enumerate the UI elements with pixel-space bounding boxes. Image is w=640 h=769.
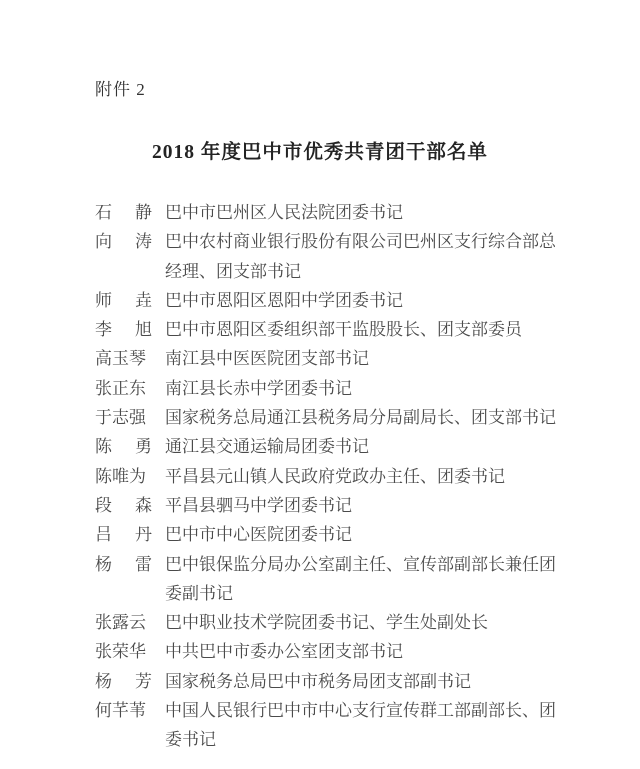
- roster-entry: 李旭巴中市恩阳区委组织部干监股股长、团支部委员: [95, 315, 555, 344]
- position-line: 国家税务总局通江县税务局分局副局长、团支部书记: [165, 403, 556, 432]
- entry-name: 吕丹: [95, 520, 152, 549]
- entry-position: 通江县交通运输局团委书记: [165, 432, 555, 461]
- position-line: 巴中农村商业银行股份有限公司巴州区支行综合部总: [165, 227, 556, 256]
- position-line: 巴中银保监分局办公室副主任、宣传部副部长兼任团: [165, 550, 556, 579]
- entry-name: 张正东: [95, 374, 152, 403]
- roster-entry: 张荣华中共巴中市委办公室团支部书记: [95, 637, 555, 666]
- entry-name: 段森: [95, 491, 152, 520]
- entry-position: 巴中市恩阳区恩阳中学团委书记: [165, 286, 555, 315]
- entry-name: 高玉琴: [95, 344, 152, 373]
- position-line: 通江县交通运输局团委书记: [165, 432, 555, 461]
- roster-entry: 师垚巴中市恩阳区恩阳中学团委书记: [95, 286, 555, 315]
- position-line: 中国人民银行巴中市中心支行宣传群工部副部长、团: [165, 696, 556, 725]
- entry-name: 何芊苇: [95, 696, 152, 725]
- roster-entry: 吕丹巴中市中心医院团委书记: [95, 520, 555, 549]
- roster-entry: 段森平昌县驷马中学团委书记: [95, 491, 555, 520]
- roster-entry: 杨雷巴中银保监分局办公室副主任、宣传部副部长兼任团委副书记: [95, 550, 555, 609]
- entry-position: 巴中职业技术学院团委书记、学生处副处长: [165, 608, 555, 637]
- roster-list: 石静巴中市巴州区人民法院团委书记向涛巴中农村商业银行股份有限公司巴州区支行综合部…: [95, 198, 555, 755]
- roster-entry: 石静巴中市巴州区人民法院团委书记: [95, 198, 555, 227]
- entry-position: 巴中市恩阳区委组织部干监股股长、团支部委员: [165, 315, 555, 344]
- entry-position: 国家税务总局通江县税务局分局副局长、团支部书记: [165, 403, 556, 432]
- entry-position: 巴中市中心医院团委书记: [165, 520, 555, 549]
- entry-position: 巴中银保监分局办公室副主任、宣传部副部长兼任团委副书记: [165, 550, 556, 609]
- position-line: 委书记: [165, 725, 556, 754]
- position-line: 巴中市中心医院团委书记: [165, 520, 555, 549]
- position-line: 南江县中医医院团支部书记: [165, 344, 555, 373]
- entry-position: 平昌县驷马中学团委书记: [165, 491, 555, 520]
- roster-entry: 张正东南江县长赤中学团委书记: [95, 374, 555, 403]
- position-line: 巴中市巴州区人民法院团委书记: [165, 198, 555, 227]
- position-line: 委副书记: [165, 579, 556, 608]
- entry-position: 中共巴中市委办公室团支部书记: [165, 637, 555, 666]
- entry-name: 师垚: [95, 286, 152, 315]
- roster-entry: 杨芳国家税务总局巴中市税务局团支部副书记: [95, 667, 555, 696]
- entry-position: 南江县长赤中学团委书记: [165, 374, 555, 403]
- entry-position: 巴中市巴州区人民法院团委书记: [165, 198, 555, 227]
- roster-entry: 陈唯为平昌县元山镇人民政府党政办主任、团委书记: [95, 462, 555, 491]
- entry-position: 平昌县元山镇人民政府党政办主任、团委书记: [165, 462, 555, 491]
- position-line: 巴中市恩阳区委组织部干监股股长、团支部委员: [165, 315, 555, 344]
- roster-entry: 张露云巴中职业技术学院团委书记、学生处副处长: [95, 608, 555, 637]
- entry-name: 张露云: [95, 608, 152, 637]
- roster-entry: 何芊苇中国人民银行巴中市中心支行宣传群工部副部长、团委书记: [95, 696, 555, 755]
- entry-name: 李旭: [95, 315, 152, 344]
- entry-name: 于志强: [95, 403, 152, 432]
- position-line: 南江县长赤中学团委书记: [165, 374, 555, 403]
- roster-entry: 于志强国家税务总局通江县税务局分局副局长、团支部书记: [95, 403, 555, 432]
- roster-entry: 高玉琴南江县中医医院团支部书记: [95, 344, 555, 373]
- position-line: 国家税务总局巴中市税务局团支部副书记: [165, 667, 555, 696]
- entry-name: 张荣华: [95, 637, 152, 666]
- entry-position: 国家税务总局巴中市税务局团支部副书记: [165, 667, 555, 696]
- entry-name: 杨雷: [95, 550, 152, 579]
- entry-position: 中国人民银行巴中市中心支行宣传群工部副部长、团委书记: [165, 696, 556, 755]
- position-line: 巴中市恩阳区恩阳中学团委书记: [165, 286, 555, 315]
- position-line: 中共巴中市委办公室团支部书记: [165, 637, 555, 666]
- entry-position: 南江县中医医院团支部书记: [165, 344, 555, 373]
- entry-name: 杨芳: [95, 667, 152, 696]
- position-line: 平昌县元山镇人民政府党政办主任、团委书记: [165, 462, 555, 491]
- entry-name: 石静: [95, 198, 152, 227]
- position-line: 平昌县驷马中学团委书记: [165, 491, 555, 520]
- attachment-label: 附件 2: [95, 80, 146, 100]
- entry-name: 陈勇: [95, 432, 152, 461]
- entry-name: 向涛: [95, 227, 152, 256]
- entry-name: 陈唯为: [95, 462, 152, 491]
- position-line: 经理、团支部书记: [165, 257, 556, 286]
- entry-position: 巴中农村商业银行股份有限公司巴州区支行综合部总经理、团支部书记: [165, 227, 556, 286]
- document-title: 2018 年度巴中市优秀共青团干部名单: [0, 140, 640, 166]
- position-line: 巴中职业技术学院团委书记、学生处副处长: [165, 608, 555, 637]
- roster-entry: 陈勇通江县交通运输局团委书记: [95, 432, 555, 461]
- roster-entry: 向涛巴中农村商业银行股份有限公司巴州区支行综合部总经理、团支部书记: [95, 227, 555, 286]
